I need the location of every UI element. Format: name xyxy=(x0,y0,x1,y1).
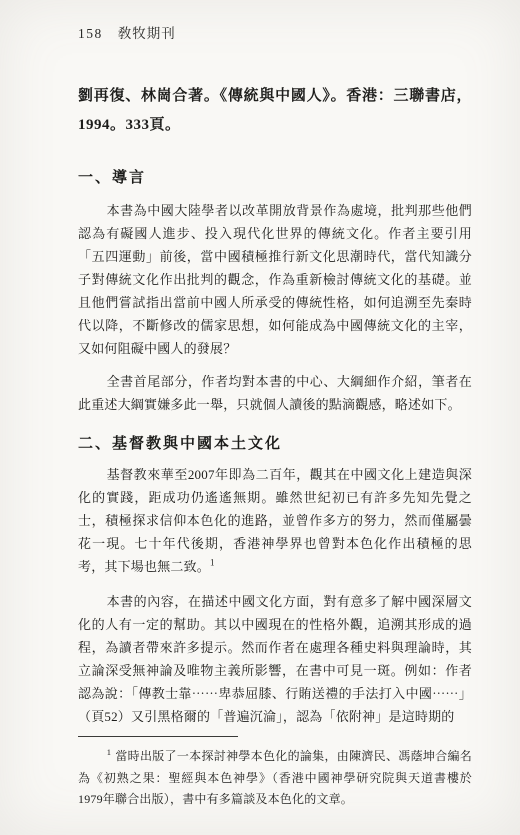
book-citation: 劉再復、林崗合著。《傳統與中國人》。香港：三聯書店，1994。333頁。 xyxy=(78,82,472,140)
footnote-reference-mark: 1 xyxy=(210,558,215,568)
paragraph-sec2-1: 基督教來華至2007年即為二百年，觀其在中國文化上建造與深化的實踐，距成功仍遙遙… xyxy=(78,463,472,578)
paragraph-sec2-1-text: 基督教來華至2007年即為二百年，觀其在中國文化上建造與深化的實踐，距成功仍遙遙… xyxy=(78,467,472,574)
journal-page: 158 敎牧期刊 劉再復、林崗合著。《傳統與中國人》。香港：三聯書店，1994。… xyxy=(0,0,520,835)
page-content: 158 敎牧期刊 劉再復、林崗合著。《傳統與中國人》。香港：三聯書店，1994。… xyxy=(0,0,520,835)
footnote-marker: 1 xyxy=(107,747,111,757)
paragraph-intro-2: 全書首尾部分，作者均對本書的中心、大綱細作介紹，筆者在此重述大綱實嫌多此一舉，只… xyxy=(78,370,472,416)
section-heading-christianity-chinese-culture: 二、基督教與中國本土文化 xyxy=(78,432,472,453)
running-header: 158 敎牧期刊 xyxy=(78,22,472,42)
journal-title: 敎牧期刊 xyxy=(118,22,176,42)
paragraph-intro-1: 本書為中國大陸學者以改革開放背景作為處境，批判那些他們認為有礙國人進步、投入現代… xyxy=(78,199,472,360)
paragraph-sec2-2: 本書的內容，在描述中國文化方面，對有意多了解中國深層文化的人有一定的幫助。其以中… xyxy=(78,590,472,728)
section-heading-introduction: 一、導言 xyxy=(78,166,472,187)
footnote: 1當時出版了一本探討神學本色化的論集，由陳濟民、馮蔭坤合編名為《初熟之果：聖經與… xyxy=(78,746,472,811)
footnote-separator-rule xyxy=(78,736,238,737)
page-number: 158 xyxy=(78,26,103,42)
footnote-text: 當時出版了一本探討神學本色化的論集，由陳濟民、馮蔭坤合編名為《初熟之果：聖經與本… xyxy=(78,749,472,806)
